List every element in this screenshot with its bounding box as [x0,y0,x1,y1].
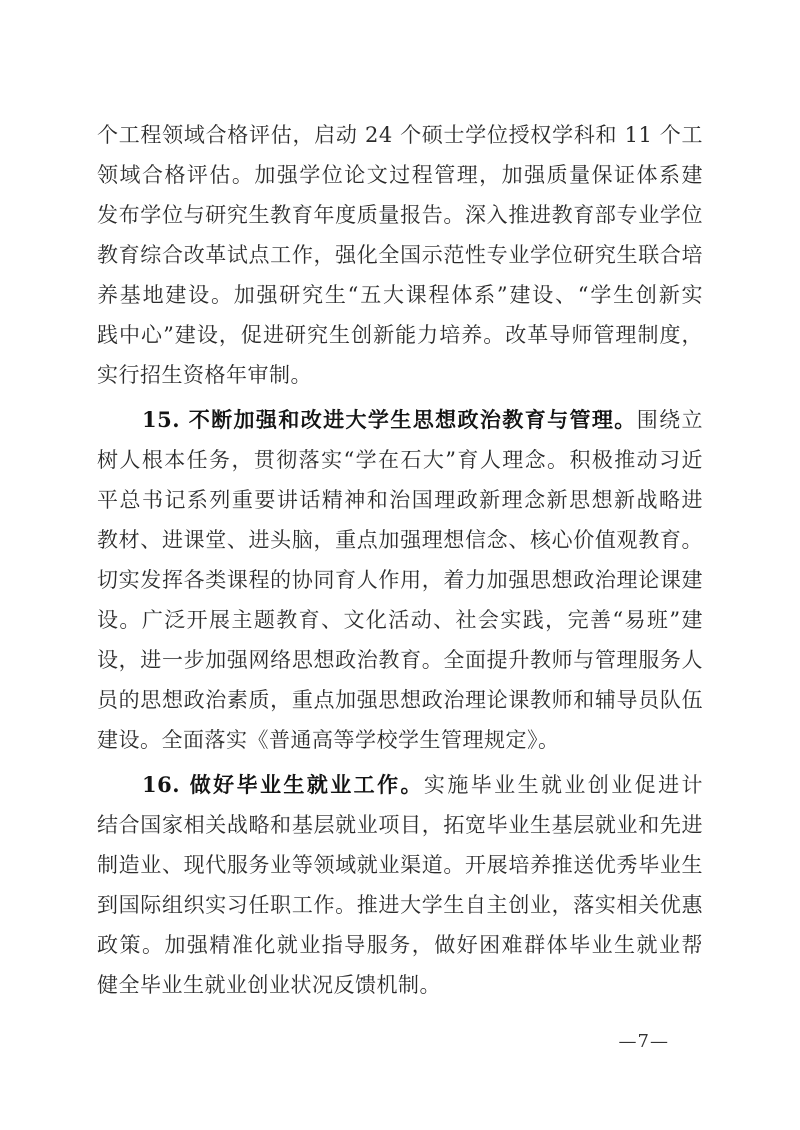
text-line: 平总书记系列重要讲话精神和治国理政新理念新思想新战略进 [97,480,703,520]
paragraph: 16. 做好毕业生就业工作。实施毕业生就业创业促进计划，结合国家相关战略和基层就… [97,765,703,1005]
body-text: 践中心”建设，促进研究生创新能力培养。改革导师管理制度， [97,323,703,347]
text-line: 养基地建设。加强研究生“五大课程体系”建设、“学生创新实 [97,275,703,315]
body-text: 发布学位与研究生教育年度质量报告。深入推进教育部专业学位 [97,203,703,227]
text-line: 健全毕业生就业创业状况反馈机制。 [97,965,703,1005]
body-text: 健全毕业生就业创业状况反馈机制。 [97,973,441,997]
body-text: 到国际组织实习任职工作。推进大学生自主创业，落实相关优惠 [97,893,703,917]
body-text: 平总书记系列重要讲话精神和治国理政新理念新思想新战略进 [97,488,703,512]
text-line: 结合国家相关战略和基层就业项目，拓宽毕业生基层就业和先进 [97,805,703,845]
body-text: 教材、进课堂、进头脑，重点加强理想信念、核心价值观教育。 [97,528,703,552]
text-line: 设，进一步加强网络思想政治教育。全面提升教师与管理服务人 [97,640,703,680]
text-line: 16. 做好毕业生就业工作。实施毕业生就业创业促进计划， [97,765,703,805]
body-text: 切实发挥各类课程的协同育人作用，着力加强思想政治理论课建 [97,568,703,592]
body-text: 设，进一步加强网络思想政治教育。全面提升教师与管理服务人 [97,648,703,672]
text-line: 践中心”建设，促进研究生创新能力培养。改革导师管理制度， [97,315,703,355]
text-line: 政策。加强精准化就业指导服务，做好困难群体毕业生就业帮扶， [97,925,703,965]
paragraph: 15. 不断加强和改进大学生思想政治教育与管理。围绕立德树人根本任务，贯彻落实“… [97,400,703,760]
body-text: 个工程领域合格评估，启动 24 个硕士学位授权学科和 11 个工程 [97,123,703,155]
text-line: 设。广泛开展主题教育、文化活动、社会实践，完善“易班”建 [97,600,703,640]
text-line: 制造业、现代服务业等领域就业渠道。开展培养推送优秀毕业生 [97,845,703,885]
page-number: —7— [619,1030,669,1054]
text-line: 教材、进课堂、进头脑，重点加强理想信念、核心价值观教育。 [97,520,703,560]
body-text: 结合国家相关战略和基层就业项目，拓宽毕业生基层就业和先进 [97,813,703,837]
text-line: 发布学位与研究生教育年度质量报告。深入推进教育部专业学位 [97,195,703,235]
body-text: 制造业、现代服务业等领域就业渠道。开展培养推送优秀毕业生 [97,853,703,877]
document-body: 个工程领域合格评估，启动 24 个硕士学位授权学科和 11 个工程领域合格评估。… [97,115,703,1005]
text-line: 建设。全面落实《普通高等学校学生管理规定》。 [97,720,703,760]
text-line: 树人根本任务，贯彻落实“学在石大”育人理念。积极推动习近 [97,440,703,480]
body-text: 树人根本任务，贯彻落实“学在石大”育人理念。积极推动习近 [97,448,703,472]
document-page: 个工程领域合格评估，启动 24 个硕士学位授权学科和 11 个工程领域合格评估。… [0,0,800,1130]
text-line: 领域合格评估。加强学位论文过程管理，加强质量保证体系建设， [97,155,703,195]
body-text: 教育综合改革试点工作，强化全国示范性专业学位研究生联合培 [97,243,703,267]
body-text: 养基地建设。加强研究生“五大课程体系”建设、“学生创新实 [97,283,703,307]
body-text: 实行招生资格年审制。 [97,363,312,387]
body-text: 建设。全面落实《普通高等学校学生管理规定》。 [97,728,560,752]
heading-bold-text: 15. 不断加强和改进大学生思想政治教育与管理。 [142,407,637,432]
text-line: 员的思想政治素质，重点加强思想政治理论课教师和辅导员队伍 [97,680,703,720]
body-text: 政策。加强精准化就业指导服务，做好困难群体毕业生就业帮扶， [97,933,703,965]
text-line: 实行招生资格年审制。 [97,355,703,395]
body-text: 领域合格评估。加强学位论文过程管理，加强质量保证体系建设， [97,163,703,195]
paragraph: 个工程领域合格评估，启动 24 个硕士学位授权学科和 11 个工程领域合格评估。… [97,115,703,395]
body-text: 设。广泛开展主题教育、文化活动、社会实践，完善“易班”建 [97,608,703,632]
heading-bold-text: 16. 做好毕业生就业工作。 [142,772,424,797]
text-line: 到国际组织实习任职工作。推进大学生自主创业，落实相关优惠 [97,885,703,925]
text-line: 教育综合改革试点工作，强化全国示范性专业学位研究生联合培 [97,235,703,275]
text-line: 个工程领域合格评估，启动 24 个硕士学位授权学科和 11 个工程 [97,115,703,155]
body-text: 员的思想政治素质，重点加强思想政治理论课教师和辅导员队伍 [97,688,703,712]
text-line: 15. 不断加强和改进大学生思想政治教育与管理。围绕立德 [97,400,703,440]
text-line: 切实发挥各类课程的协同育人作用，着力加强思想政治理论课建 [97,560,703,600]
